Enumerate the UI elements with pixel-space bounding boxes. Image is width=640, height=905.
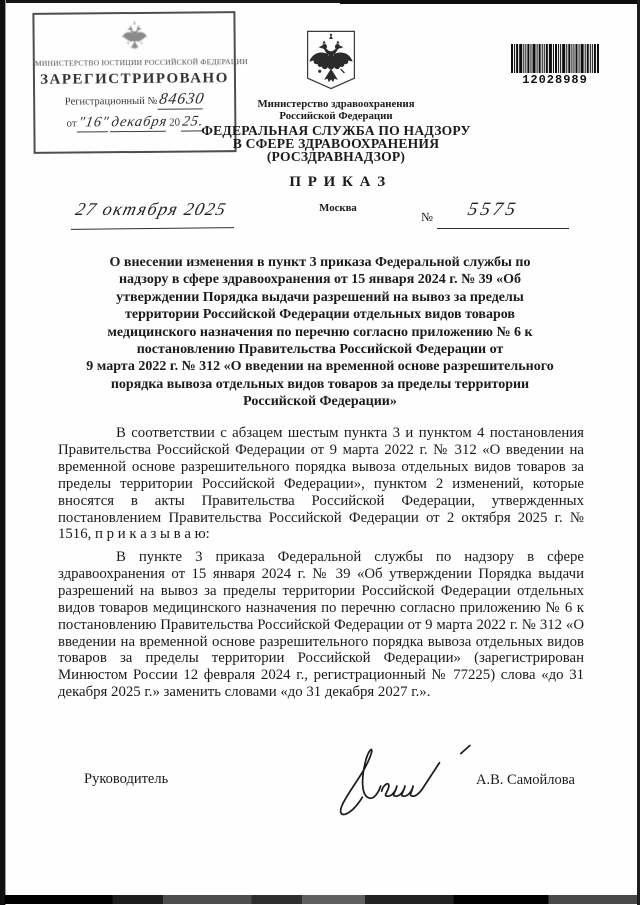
- number-sign: №: [421, 210, 433, 225]
- signer-name: А.В. Самойлова: [476, 772, 575, 789]
- number-underline: [437, 228, 569, 229]
- barcode-bars-icon: [511, 44, 599, 73]
- scanned-order-document: МИНИСТЕРСТВО ЮСТИЦИИ РОССИЙСКОЙ ФЕДЕРАЦИ…: [0, 0, 640, 905]
- header-service-block: ФЕДЕРАЛЬНАЯ СЛУЖБА ПО НАДЗОРУ В СФЕРЕ ЗД…: [130, 124, 542, 163]
- handwritten-order-number: 5575: [466, 199, 520, 221]
- header-ministry-block: Министерство здравоохранения Российской …: [160, 99, 512, 123]
- document-type-heading: П Р И К А З: [36, 174, 640, 191]
- stamp-date-prefix: от: [66, 118, 76, 130]
- date-underline: [71, 227, 234, 230]
- coat-of-arms-icon: [305, 28, 357, 92]
- barcode-number: 12028989: [511, 73, 599, 87]
- order-title: О внесении изменения в пункт 3 приказа Ф…: [58, 254, 582, 411]
- document-barcode: 12028989: [511, 44, 599, 87]
- signature-scribble: [336, 740, 478, 824]
- stamp-eagle-icon: [119, 17, 149, 53]
- body-paragraph-1: В соответствии с абзацем шестым пункта 3…: [58, 425, 584, 543]
- scan-artifact-top-right: [340, 0, 640, 4]
- stamp-ministry-line: МИНИСТЕРСТВО ЮСТИЦИИ РОССИЙСКОЙ ФЕДЕРАЦИ…: [35, 57, 234, 68]
- ministry-line-2: Российской Федерации: [160, 111, 512, 123]
- stamp-date-day: "16": [77, 114, 111, 132]
- scan-artifact-left-shadow: [5, 0, 6, 905]
- signer-role: Руководитель: [84, 771, 168, 788]
- scan-artifact-bottom: [5, 895, 637, 904]
- handwritten-order-date: 27 октября 2025: [73, 199, 308, 220]
- body-paragraph-2: В пункте 3 приказа Федеральной службы по…: [58, 549, 584, 701]
- service-line-3: (РОСЗДРАВНАДЗОР): [130, 150, 542, 163]
- stamp-registered-label: ЗАРЕГИСТРИРОВАНО: [35, 70, 234, 89]
- stamp-reg-number-label: Регистрационный №: [65, 96, 158, 108]
